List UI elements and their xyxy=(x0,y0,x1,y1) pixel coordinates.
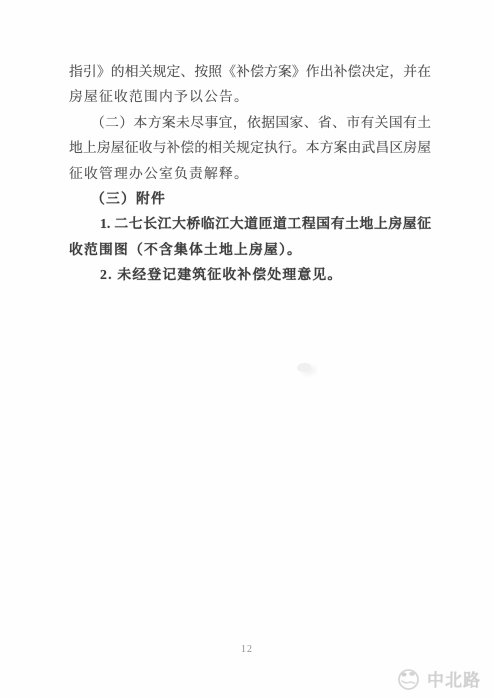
watermark: 中北路 xyxy=(396,666,481,691)
panda-badge-icon xyxy=(396,666,421,691)
document-line: （二）本方案未尽事宜，依据国家、省、市有关国有土 xyxy=(69,110,431,135)
page-number: 12 xyxy=(0,644,494,655)
attachment-heading: （三）附件 xyxy=(69,186,431,211)
attachment-item-2: 2. 未经登记建筑征收补偿处理意见。 xyxy=(69,262,431,287)
scan-artifact xyxy=(297,363,311,372)
document-line: 征收管理办公室负责解释。 xyxy=(69,161,431,186)
document-line: 地上房屋征收与补偿的相关规定执行。本方案由武昌区房屋 xyxy=(69,135,431,160)
attachment-item-1-continued: 收范围图（不含集体土地上房屋）。 xyxy=(69,237,431,262)
document-line: 房屋征收范围内予以公告。 xyxy=(69,84,431,109)
watermark-text: 中北路 xyxy=(427,666,481,691)
attachment-item-1: 1. 二七长江大桥临江大道匝道工程国有土地上房屋征 xyxy=(69,211,431,236)
document-body: 指引》的相关规定、按照《补偿方案》作出补偿决定，并在 房屋征收范围内予以公告。 … xyxy=(69,59,431,288)
scanned-document-page: 指引》的相关规定、按照《补偿方案》作出补偿决定，并在 房屋征收范围内予以公告。 … xyxy=(0,0,494,698)
document-line: 指引》的相关规定、按照《补偿方案》作出补偿决定，并在 xyxy=(69,59,431,84)
